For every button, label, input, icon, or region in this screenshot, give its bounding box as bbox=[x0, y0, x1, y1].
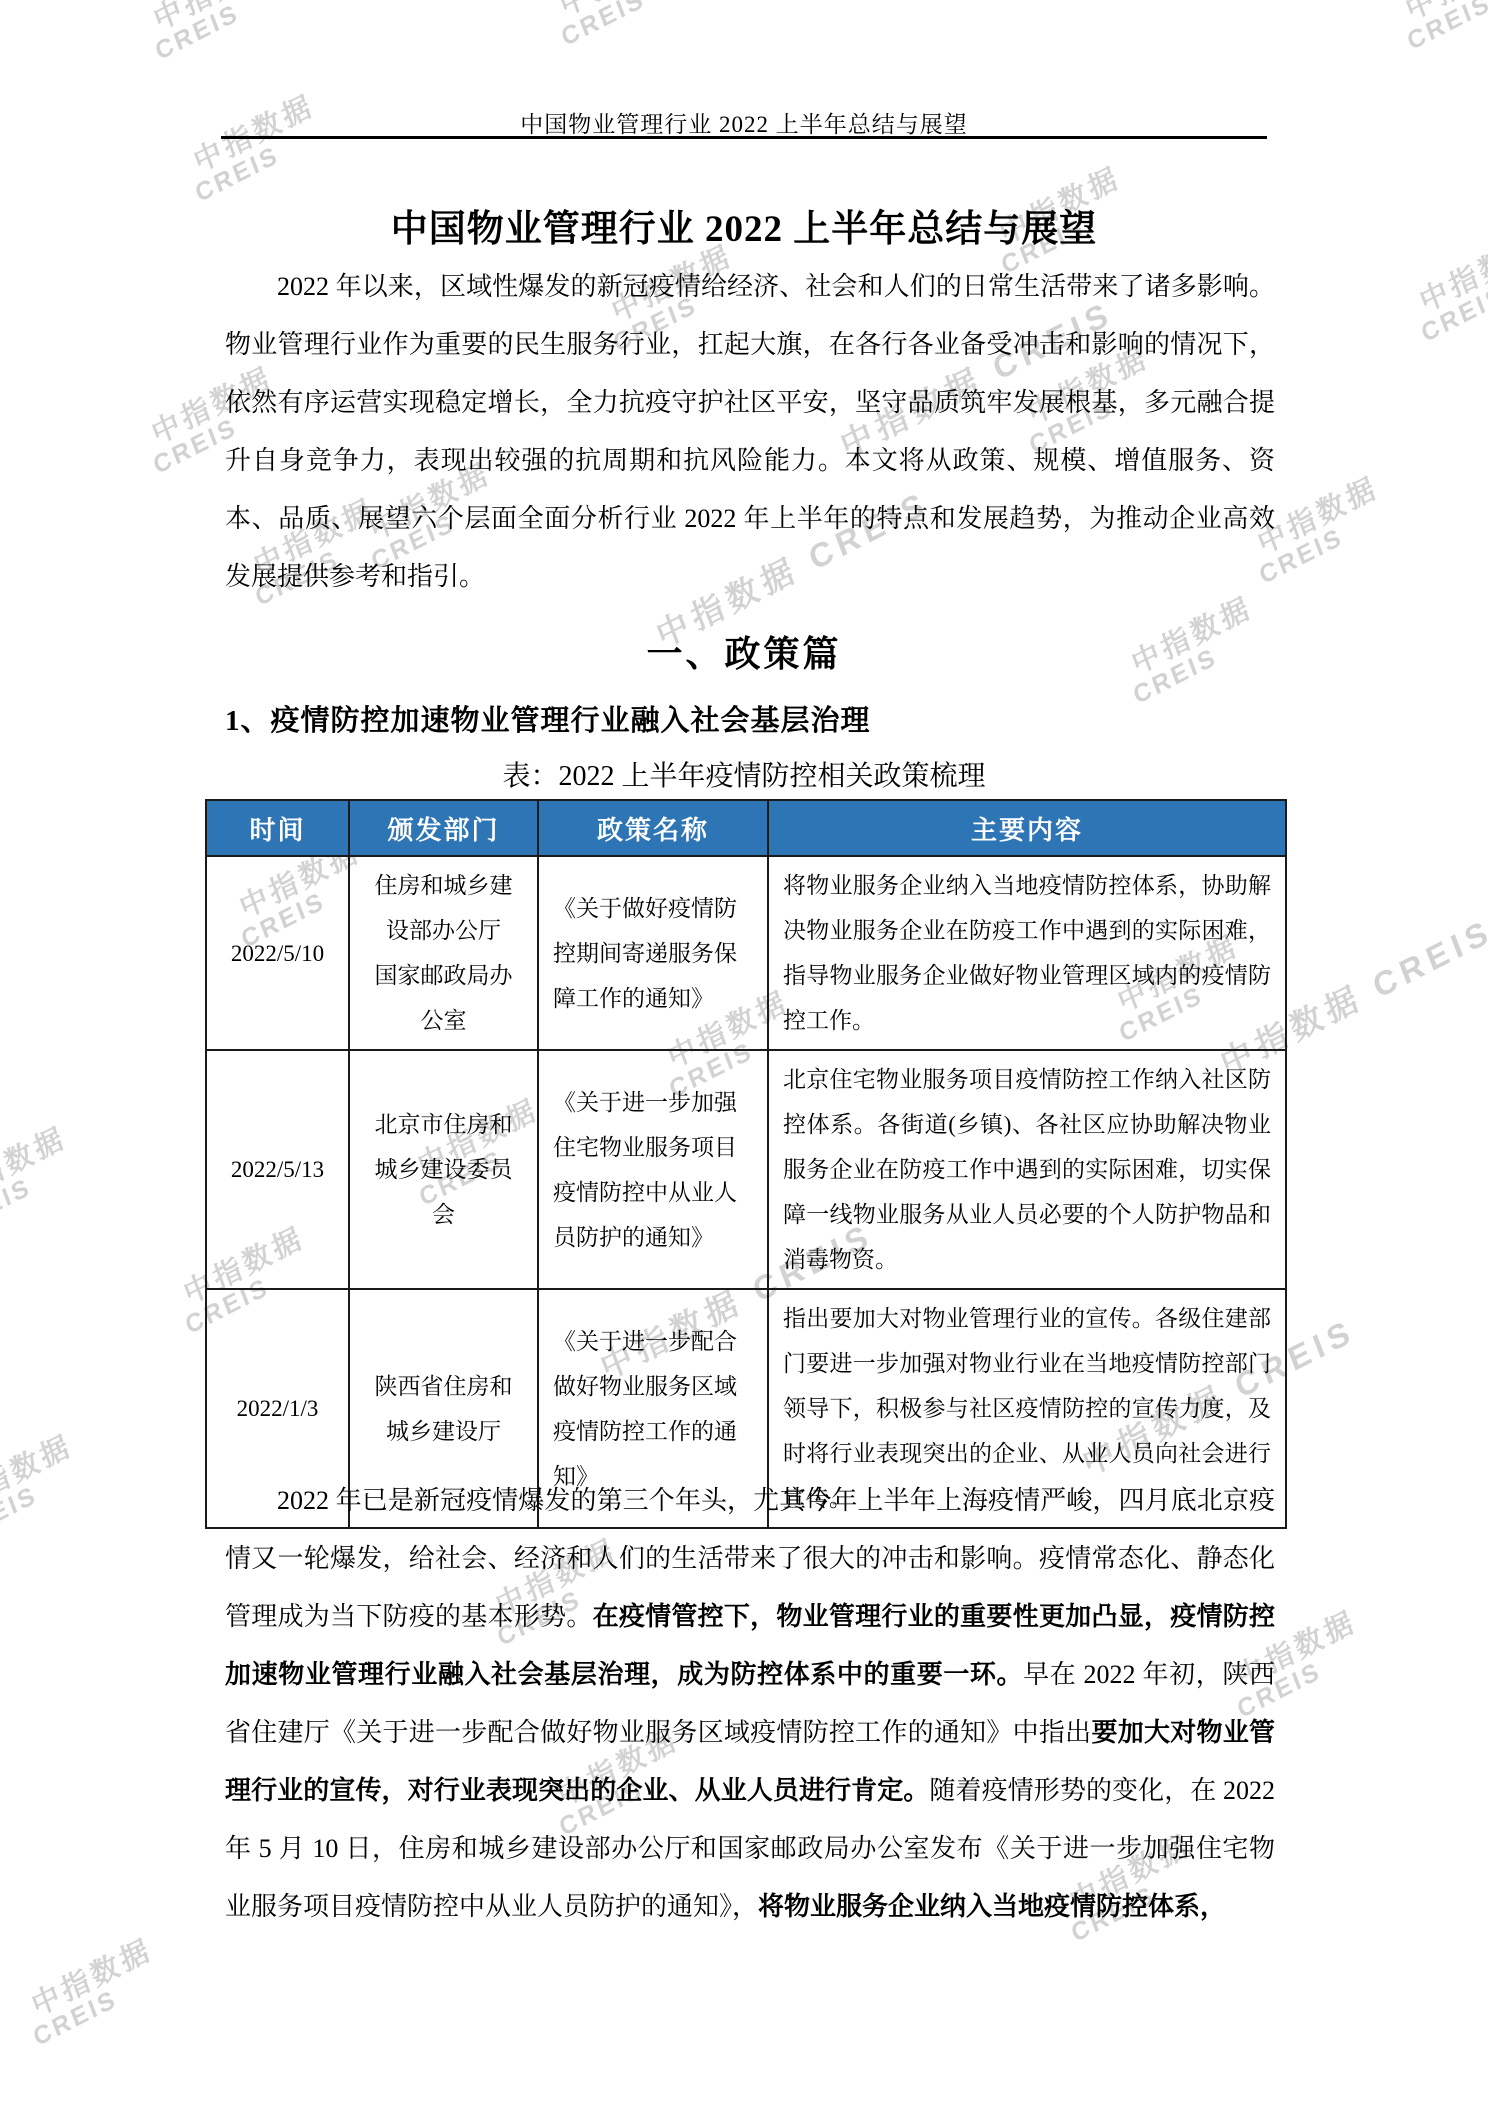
document-page: 中指数据CREIS中指数据CREIS中指数据CREIS中指数据CREIS中指数据… bbox=[0, 0, 1488, 2104]
table-cell-date: 2022/5/10 bbox=[206, 856, 349, 1050]
table-row: 2022/5/10住房和城乡建设部办公厅 国家邮政局办公室《关于做好疫情防控期间… bbox=[206, 856, 1286, 1050]
policy-table-body: 2022/5/10住房和城乡建设部办公厅 国家邮政局办公室《关于做好疫情防控期间… bbox=[206, 856, 1286, 1528]
watermark: 中指数据CREIS bbox=[150, 0, 288, 61]
policy-table-head: 时间颁发部门政策名称主要内容 bbox=[206, 800, 1286, 856]
table-cell-policy-name: 《关于做好疫情防控期间寄递服务保障工作的通知》 bbox=[538, 856, 768, 1050]
table-cell-date: 2022/5/13 bbox=[206, 1050, 349, 1289]
table-cell-department: 北京市住房和城乡建设委员会 bbox=[349, 1050, 538, 1289]
section-heading-policy: 一、政策篇 bbox=[0, 626, 1488, 677]
watermark: 中指数据CREIS bbox=[0, 1430, 86, 1543]
table-caption: 表：2022 上半年疫情防控相关政策梳理 bbox=[0, 754, 1488, 794]
watermark: 中指数据CREIS bbox=[0, 1122, 80, 1235]
intro-paragraph: 2022 年以来，区域性爆发的新冠疫情给经济、社会和人们的日常生活带来了诸多影响… bbox=[225, 258, 1275, 606]
table-column-header: 政策名称 bbox=[538, 800, 768, 856]
watermark: 中指数据CREIS bbox=[556, 0, 694, 47]
policy-table: 时间颁发部门政策名称主要内容 2022/5/10住房和城乡建设部办公厅 国家邮政… bbox=[205, 799, 1287, 1529]
watermark: 中指数据CREIS bbox=[1402, 0, 1488, 51]
table-row: 2022/5/13北京市住房和城乡建设委员会《关于进一步加强住宅物业服务项目疫情… bbox=[206, 1050, 1286, 1289]
running-header: 中国物业管理行业 2022 上半年总结与展望 bbox=[0, 106, 1488, 139]
table-cell-policy-name: 《关于进一步加强住宅物业服务项目疫情防控中从业人员防护的通知》 bbox=[538, 1050, 768, 1289]
table-cell-department: 住房和城乡建设部办公厅 国家邮政局办公室 bbox=[349, 856, 538, 1050]
subsection-heading: 1、疫情防控加速物业管理行业融入社会基层治理 bbox=[225, 698, 871, 739]
table-cell-content: 北京住宅物业服务项目疫情防控工作纳入社区防控体系。各街道(乡镇)、各社区应协助解… bbox=[768, 1050, 1286, 1289]
emphasis-text: 将物业服务企业纳入当地疫情防控体系， bbox=[758, 1892, 1226, 1921]
table-column-header: 主要内容 bbox=[768, 800, 1286, 856]
table-column-header: 颁发部门 bbox=[349, 800, 538, 856]
document-title: 中国物业管理行业 2022 上半年总结与展望 bbox=[0, 198, 1488, 252]
watermark: 中指数据CREIS bbox=[28, 1934, 166, 2047]
table-cell-content: 将物业服务企业纳入当地疫情防控体系，协助解决物业服务企业在防疫工作中遇到的实际困… bbox=[768, 856, 1286, 1050]
header-rule bbox=[221, 136, 1267, 139]
analysis-paragraph: 2022 年已是新冠疫情爆发的第三个年头，尤其今年上半年上海疫情严峻，四月底北京… bbox=[225, 1472, 1275, 1936]
table-column-header: 时间 bbox=[206, 800, 349, 856]
table-header-row: 时间颁发部门政策名称主要内容 bbox=[206, 800, 1286, 856]
